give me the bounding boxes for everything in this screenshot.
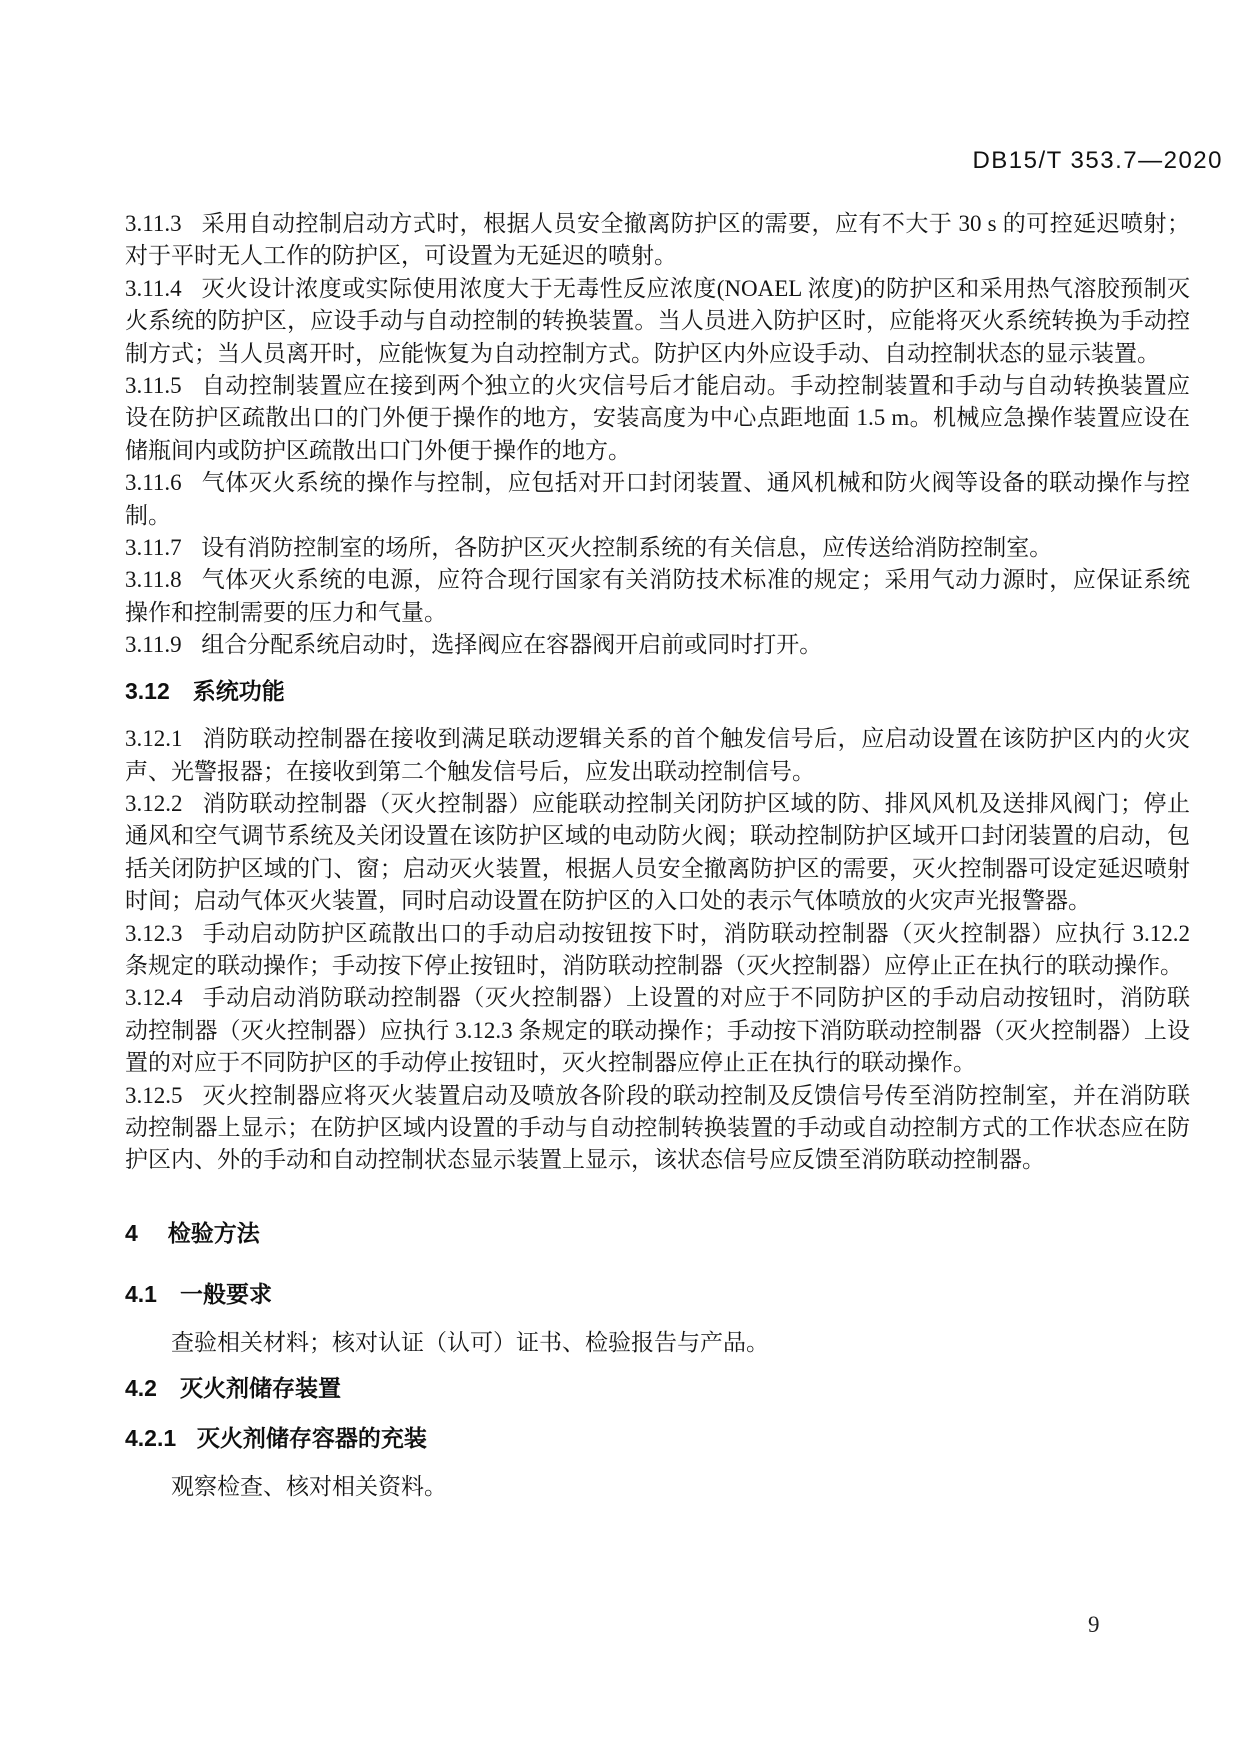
clause-number: 3.11.5 bbox=[125, 373, 182, 398]
clause-text: 气体灭火系统的操作与控制，应包括对开口封闭装置、通风机械和防火阀等设备的联动操作… bbox=[125, 470, 1190, 527]
clause-text: 手动启动防护区疏散出口的手动启动按钮按下时，消防联动控制器（灭火控制器）应执行 … bbox=[125, 921, 1190, 978]
clause-3-12-4: 3.12.4手动启动消防联动控制器（灭火控制器）上设置的对应于不同防护区的手动启… bbox=[125, 982, 1190, 1079]
clause-3-11-8: 3.11.8气体灭火系统的电源，应符合现行国家有关消防技术标准的规定；采用气动力… bbox=[125, 564, 1190, 629]
clause-text: 组合分配系统启动时，选择阀应在容器阀开启前或同时打开。 bbox=[201, 632, 822, 657]
heading-number: 4.2 bbox=[125, 1375, 157, 1401]
clause-text: 手动启动消防联动控制器（灭火控制器）上设置的对应于不同防护区的手动启动按钮时，消… bbox=[125, 985, 1190, 1075]
clause-text: 采用自动控制启动方式时，根据人员安全撤离防护区的需要，应有不大于 30 s 的可… bbox=[125, 211, 1190, 268]
document-code-header: DB15/T 353.7—2020 bbox=[0, 147, 1223, 175]
heading-number: 4 bbox=[125, 1220, 138, 1246]
section-heading-4-2: 4.2灭火剂储存装置 bbox=[125, 1372, 1190, 1404]
clause-3-11-9: 3.11.9组合分配系统启动时，选择阀应在容器阀开启前或同时打开。 bbox=[125, 629, 1190, 661]
clause-number: 3.12.1 bbox=[125, 726, 183, 751]
clause-3-12-5: 3.12.5灭火控制器应将灭火装置启动及喷放各阶段的联动控制及反馈信号传至消防控… bbox=[125, 1080, 1190, 1177]
heading-text: 灭火剂储存容器的充装 bbox=[197, 1425, 427, 1451]
heading-number: 3.12 bbox=[125, 678, 170, 704]
document-page: DB15/T 353.7—2020 3.11.3采用自动控制启动方式时，根据人员… bbox=[0, 0, 1241, 1755]
clause-number: 3.11.6 bbox=[125, 470, 182, 495]
clause-number: 3.11.8 bbox=[125, 567, 182, 592]
clause-3-12-1: 3.12.1消防联动控制器在接收到满足联动逻辑关系的首个触发信号后，应启动设置在… bbox=[125, 723, 1190, 788]
clause-3-11-4: 3.11.4灭火设计浓度或实际使用浓度大于无毒性反应浓度(NOAEL 浓度)的防… bbox=[125, 273, 1190, 370]
heading-text: 系统功能 bbox=[193, 678, 285, 704]
section-heading-3-12: 3.12系统功能 bbox=[125, 675, 1190, 707]
document-body: 3.11.3采用自动控制启动方式时，根据人员安全撤离防护区的需要，应有不大于 3… bbox=[125, 208, 1190, 1503]
heading-text: 一般要求 bbox=[180, 1281, 272, 1307]
clause-3-12-2: 3.12.2消防联动控制器（灭火控制器）应能联动控制关闭防护区域的防、排风风机及… bbox=[125, 788, 1190, 918]
heading-number: 4.1 bbox=[125, 1281, 157, 1307]
clause-3-11-7: 3.11.7设有消防控制室的场所，各防护区灭火控制系统的有关信息，应传送给消防控… bbox=[125, 532, 1190, 564]
clause-text: 气体灭火系统的电源，应符合现行国家有关消防技术标准的规定；采用气动力源时，应保证… bbox=[125, 567, 1190, 624]
clause-number: 3.11.9 bbox=[125, 632, 182, 657]
clause-number: 3.12.3 bbox=[125, 921, 183, 946]
section-heading-4-2-1: 4.2.1灭火剂储存容器的充装 bbox=[125, 1422, 1190, 1454]
clause-text: 自动控制装置应在接到两个独立的火灾信号后才能启动。手动控制装置和手动与自动转换装… bbox=[125, 373, 1190, 463]
clause-3-11-5: 3.11.5自动控制装置应在接到两个独立的火灾信号后才能启动。手动控制装置和手动… bbox=[125, 370, 1190, 467]
clause-text: 灭火设计浓度或实际使用浓度大于无毒性反应浓度(NOAEL 浓度)的防护区和采用热… bbox=[125, 276, 1190, 366]
paragraph-check-materials: 查验相关材料；核对认证（认可）证书、检验报告与产品。 bbox=[125, 1327, 1190, 1359]
clause-number: 3.11.4 bbox=[125, 276, 182, 301]
page-number: 9 bbox=[1088, 1612, 1100, 1638]
heading-text: 灭火剂储存装置 bbox=[180, 1375, 341, 1401]
clause-number: 3.11.7 bbox=[125, 535, 182, 560]
clause-number: 3.12.5 bbox=[125, 1083, 183, 1108]
clause-text: 消防联动控制器（灭火控制器）应能联动控制关闭防护区域的防、排风风机及送排风阀门；… bbox=[125, 791, 1190, 913]
clause-text: 设有消防控制室的场所，各防护区灭火控制系统的有关信息，应传送给消防控制室。 bbox=[201, 535, 1052, 560]
clause-number: 3.11.3 bbox=[125, 211, 182, 236]
heading-text: 检验方法 bbox=[168, 1220, 260, 1246]
chapter-heading-4: 4检验方法 bbox=[125, 1217, 1190, 1249]
clause-3-11-3: 3.11.3采用自动控制启动方式时，根据人员安全撤离防护区的需要，应有不大于 3… bbox=[125, 208, 1190, 273]
clause-3-12-3: 3.12.3手动启动防护区疏散出口的手动启动按钮按下时，消防联动控制器（灭火控制… bbox=[125, 918, 1190, 983]
clause-number: 3.12.4 bbox=[125, 985, 183, 1010]
clause-text: 消防联动控制器在接收到满足联动逻辑关系的首个触发信号后，应启动设置在该防护区内的… bbox=[125, 726, 1190, 783]
clause-3-11-6: 3.11.6气体灭火系统的操作与控制，应包括对开口封闭装置、通风机械和防火阀等设… bbox=[125, 467, 1190, 532]
paragraph-observe-check: 观察检查、核对相关资料。 bbox=[125, 1471, 1190, 1503]
clause-text: 灭火控制器应将灭火装置启动及喷放各阶段的联动控制及反馈信号传至消防控制室，并在消… bbox=[125, 1083, 1190, 1173]
clause-number: 3.12.2 bbox=[125, 791, 183, 816]
heading-number: 4.2.1 bbox=[125, 1425, 176, 1451]
section-heading-4-1: 4.1一般要求 bbox=[125, 1278, 1190, 1310]
